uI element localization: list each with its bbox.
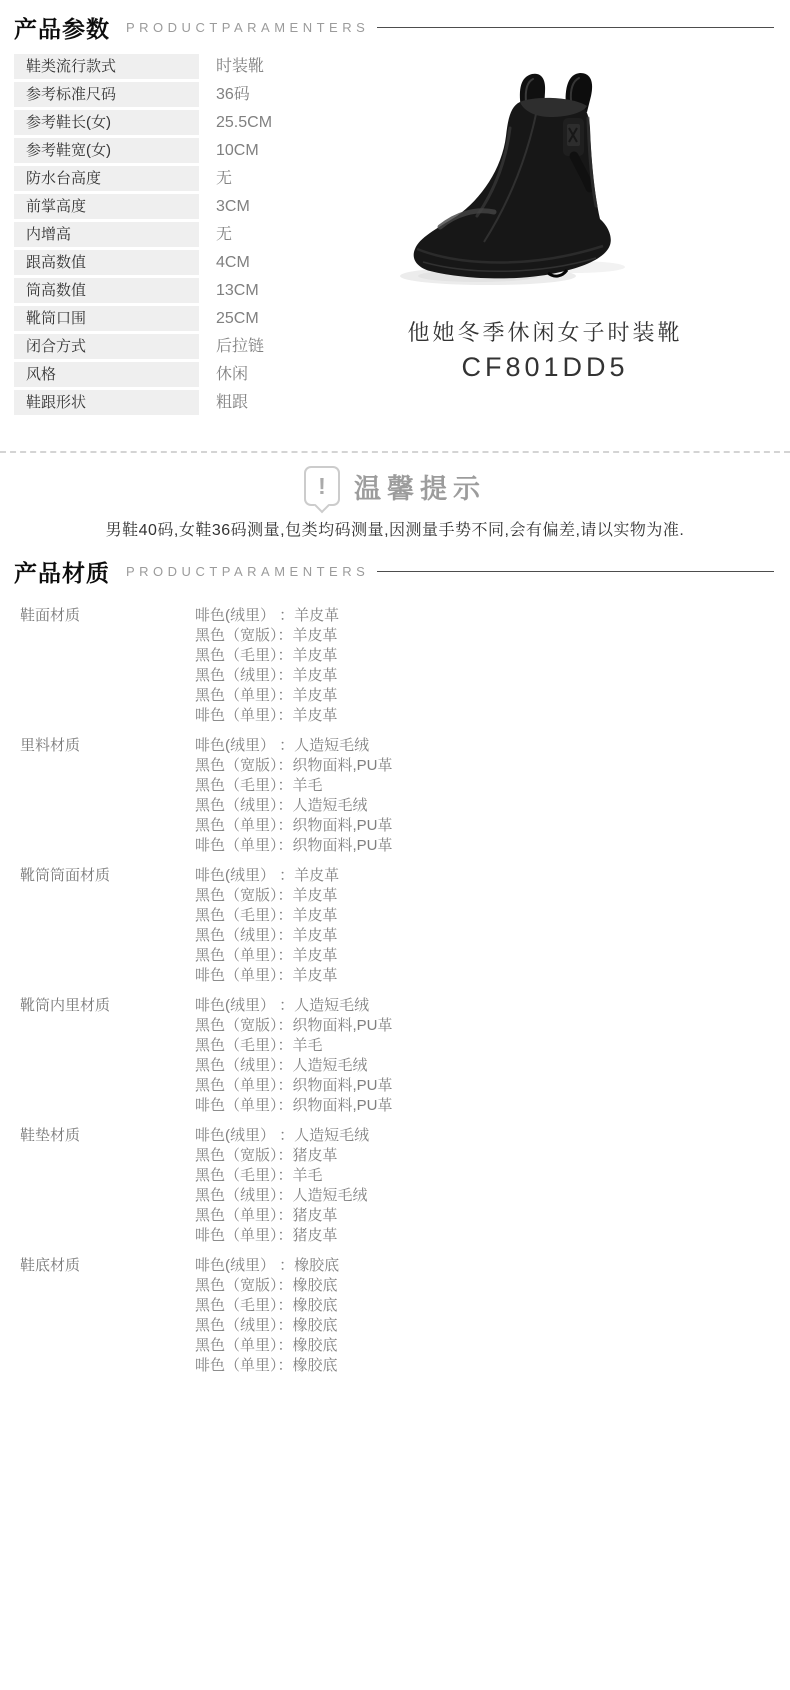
param-value: 时装靴 [216,54,264,79]
material-line: 啡色（单里）：织物面料,PU革 [195,1096,790,1116]
param-label: 参考鞋宽(女) [14,138,199,163]
param-row: 内增高 无 [14,222,370,247]
material-line: 啡色(绒里） ：羊皮革 [195,606,790,626]
param-value: 无 [216,222,232,247]
header-rule-line [377,27,774,28]
param-label: 风格 [14,362,199,387]
material-line: 黑色（宽版）：羊皮革 [195,886,790,906]
param-row: 筒高数值 13CM [14,278,370,303]
param-label: 鞋跟形状 [14,390,199,415]
material-line: 黑色（毛里）：橡胶底 [195,1296,790,1316]
param-value: 10CM [216,138,259,163]
material-line: 黑色（毛里）：羊皮革 [195,646,790,666]
product-side: 他她冬季休闲女子时装靴 CF801DD5 [360,54,790,418]
product-model-code: CF801DD5 [360,352,730,383]
param-label: 跟高数值 [14,250,199,275]
material-group: 靴筒筒面材质 啡色(绒里） ：羊皮革黑色（宽版）：羊皮革黑色（毛里）：羊皮革黑色… [0,866,790,986]
tips-title: 温馨提示 [354,467,486,506]
param-row: 防水台高度 无 [14,166,370,191]
params-section-title: 产品参数 [14,11,110,44]
param-value: 4CM [216,250,250,275]
material-lines: 啡色(绒里） ：羊皮革黑色（宽版）：羊皮革黑色（毛里）：羊皮革黑色（绒里）：羊皮… [195,866,790,986]
material-line: 黑色（宽版）：织物面料,PU革 [195,1016,790,1036]
material-line: 黑色（毛里）：羊毛 [195,1166,790,1186]
header-rule-line [377,571,774,572]
param-value: 后拉链 [216,334,264,359]
material-line: 黑色（单里）：橡胶底 [195,1336,790,1356]
material-line: 黑色（单里）：羊皮革 [195,686,790,706]
param-row: 跟高数值 4CM [14,250,370,275]
param-value: 25CM [216,306,259,331]
param-row: 鞋跟形状 粗跟 [14,390,370,415]
material-line: 黑色（单里）：羊皮革 [195,946,790,966]
param-row: 参考鞋宽(女) 10CM [14,138,370,163]
material-line: 黑色（宽版）：织物面料,PU革 [195,756,790,776]
material-line: 黑色（宽版）：猪皮革 [195,1146,790,1166]
material-line: 黑色（宽版）：橡胶底 [195,1276,790,1296]
material-line: 黑色（单里）：织物面料,PU革 [195,1076,790,1096]
material-lines: 啡色(绒里） ：人造短毛绒黑色（宽版）：织物面料,PU革黑色（毛里）：羊毛黑色（… [195,736,790,856]
param-label: 前掌高度 [14,194,199,219]
param-label: 防水台高度 [14,166,199,191]
material-line: 啡色(绒里） ：羊皮革 [195,866,790,886]
material-group: 靴筒内里材质 啡色(绒里） ：人造短毛绒黑色（宽版）：织物面料,PU革黑色（毛里… [0,996,790,1116]
material-line: 黑色（毛里）：羊毛 [195,1036,790,1056]
material-line: 啡色(绒里） ：人造短毛绒 [195,736,790,756]
param-value: 3CM [216,194,250,219]
param-value: 无 [216,166,232,191]
material-line: 啡色(绒里） ：人造短毛绒 [195,1126,790,1146]
material-line: 黑色（绒里）：羊皮革 [195,926,790,946]
param-label: 筒高数值 [14,278,199,303]
materials-section-subtitle: PRODUCTPARAMENTERS [126,564,369,579]
material-lines: 啡色(绒里） ：人造短毛绒黑色（宽版）：织物面料,PU革黑色（毛里）：羊毛黑色（… [195,996,790,1116]
param-row: 鞋类流行款式 时装靴 [14,54,370,79]
material-lines: 啡色(绒里） ：羊皮革黑色（宽版）：羊皮革黑色（毛里）：羊皮革黑色（绒里）：羊皮… [195,606,790,726]
tips-header: ! 温馨提示 [0,463,790,509]
material-group-label: 鞋垫材质 [0,1126,195,1246]
param-row: 参考标准尺码 36码 [14,82,370,107]
material-line: 黑色（绒里）：人造短毛绒 [195,1056,790,1076]
material-group-label: 靴筒筒面材质 [0,866,195,986]
param-label: 内增高 [14,222,199,247]
material-line: 黑色（单里）：织物面料,PU革 [195,816,790,836]
tips-text: 男鞋40码,女鞋36码测量,包类均码测量,因测量手势不同,会有偏差,请以实物为准… [0,517,790,540]
param-value: 粗跟 [216,390,248,415]
material-line: 黑色（绒里）：人造短毛绒 [195,1186,790,1206]
param-label: 靴筒口围 [14,306,199,331]
materials-section-title: 产品材质 [14,555,110,588]
material-group: 鞋面材质 啡色(绒里） ：羊皮革黑色（宽版）：羊皮革黑色（毛里）：羊皮革黑色（绒… [0,606,790,726]
param-label: 参考鞋长(女) [14,110,199,135]
material-line: 黑色（宽版）：羊皮革 [195,626,790,646]
material-line: 黑色（毛里）：羊皮革 [195,906,790,926]
material-line: 啡色（单里）：羊皮革 [195,706,790,726]
material-line: 黑色（绒里）：羊皮革 [195,666,790,686]
params-section-header: 产品参数 PRODUCTPARAMENTERS [0,0,790,46]
material-group-label: 里料材质 [0,736,195,856]
material-lines: 啡色(绒里） ：人造短毛绒黑色（宽版）：猪皮革黑色（毛里）：羊毛黑色（绒里）：人… [195,1126,790,1246]
material-line: 黑色（绒里）：橡胶底 [195,1316,790,1336]
material-line: 黑色（单里）：猪皮革 [195,1206,790,1226]
param-row: 靴筒口围 25CM [14,306,370,331]
param-row: 风格 休闲 [14,362,370,387]
param-row: 前掌高度 3CM [14,194,370,219]
material-group-label: 鞋底材质 [0,1256,195,1376]
product-name: 他她冬季休闲女子时装靴 [360,316,730,347]
material-line: 啡色(绒里） ：橡胶底 [195,1256,790,1276]
material-group: 里料材质 啡色(绒里） ：人造短毛绒黑色（宽版）：织物面料,PU革黑色（毛里）：… [0,736,790,856]
exclamation-bubble-icon: ! [304,466,340,506]
material-line: 啡色（单里）：羊皮革 [195,966,790,986]
param-row: 闭合方式 后拉链 [14,334,370,359]
params-section-subtitle: PRODUCTPARAMENTERS [126,20,369,35]
param-value: 休闲 [216,362,248,387]
param-row: 参考鞋长(女) 25.5CM [14,110,370,135]
material-lines: 啡色(绒里） ：橡胶底黑色（宽版）：橡胶底黑色（毛里）：橡胶底黑色（绒里）：橡胶… [195,1256,790,1376]
materials-section-header: 产品材质 PRODUCTPARAMENTERS [0,544,790,590]
param-value: 13CM [216,278,259,303]
param-label: 闭合方式 [14,334,199,359]
material-line: 啡色（单里）：猪皮革 [195,1226,790,1246]
product-detail-page: 产品参数 PRODUCTPARAMENTERS 鞋类流行款式 时装靴 参考标准尺… [0,0,790,1690]
material-group-label: 靴筒内里材质 [0,996,195,1116]
material-group: 鞋底材质 啡色(绒里） ：橡胶底黑色（宽版）：橡胶底黑色（毛里）：橡胶底黑色（绒… [0,1256,790,1376]
params-table: 鞋类流行款式 时装靴 参考标准尺码 36码 参考鞋长(女) 25.5CM 参考鞋… [14,54,370,415]
material-line: 啡色（单里）：织物面料,PU革 [195,836,790,856]
material-line: 黑色（绒里）：人造短毛绒 [195,796,790,816]
product-photo-black-boot [360,56,790,296]
material-line: 啡色(绒里） ：人造短毛绒 [195,996,790,1016]
param-value: 25.5CM [216,110,272,135]
dashed-divider [0,451,790,453]
material-line: 黑色（毛里）：羊毛 [195,776,790,796]
param-value: 36码 [216,82,250,107]
param-label: 鞋类流行款式 [14,54,199,79]
material-group-label: 鞋面材质 [0,606,195,726]
material-group: 鞋垫材质 啡色(绒里） ：人造短毛绒黑色（宽版）：猪皮革黑色（毛里）：羊毛黑色（… [0,1126,790,1246]
materials-list: 鞋面材质 啡色(绒里） ：羊皮革黑色（宽版）：羊皮革黑色（毛里）：羊皮革黑色（绒… [0,606,790,1376]
param-label: 参考标准尺码 [14,82,199,107]
params-area: 鞋类流行款式 时装靴 参考标准尺码 36码 参考鞋长(女) 25.5CM 参考鞋… [14,54,790,418]
material-line: 啡色（单里）：橡胶底 [195,1356,790,1376]
